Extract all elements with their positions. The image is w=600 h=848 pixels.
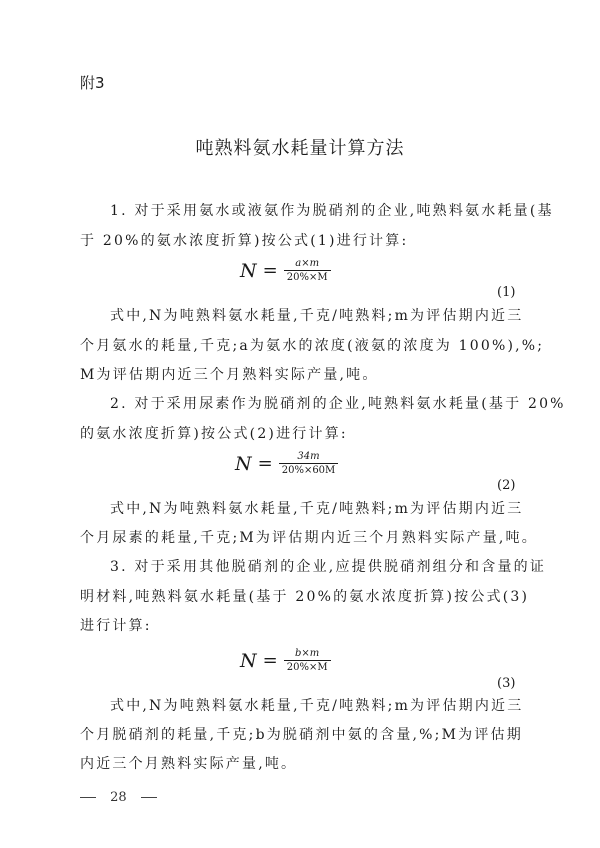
formula-lhs: N	[240, 260, 257, 282]
formula-2: N = 34m 20%×60M	[235, 451, 338, 476]
section3-where2: 个月脱硝剂的耗量,千克;b为脱硝剂中氨的含量,%;M为评估期	[80, 724, 523, 744]
section2-line2: 的氨水浓度折算)按公式(2)进行计算:	[80, 423, 348, 443]
section1-where2: 个月氨水的耗量,千克;a为氨水的浓度(液氨的浓度为 100%),%;	[80, 335, 544, 355]
annex-label: 附3	[80, 72, 105, 93]
section1-line2: 于 20%的氨水浓度折算)按公式(1)进行计算:	[80, 230, 408, 250]
equation-number-2: (2)	[497, 478, 515, 493]
document-page: 附3 吨熟料氨水耗量计算方法 1. 对于采用氨水或液氨作为脱硝剂的企业,吨熟料氨…	[0, 0, 600, 848]
page-number: 28	[110, 790, 127, 805]
formula-denominator: 20%×M	[284, 660, 331, 673]
section2-where1: 式中,N为吨熟料氨水耗量,千克/吨熟料;m为评估期内近三	[110, 498, 523, 518]
formula-numerator: a×m	[292, 258, 322, 270]
formula-denominator: 20%×60M	[279, 463, 339, 476]
page-title: 吨熟料氨水耗量计算方法	[0, 134, 600, 160]
section1-where3: M为评估期内近三个月熟料实际产量,吨。	[80, 364, 379, 384]
section3-line2: 明材料,吨熟料氨水耗量(基于 20%的氨水浓度折算)按公式(3)	[80, 586, 529, 606]
formula-equals: =	[263, 260, 278, 281]
footer-dash-left	[80, 797, 96, 798]
formula-lhs: N	[240, 650, 257, 672]
formula-fraction: 34m 20%×60M	[279, 451, 339, 476]
section3-where3: 内近三个月熟料实际产量,吨。	[80, 753, 297, 773]
formula-fraction: b×m 20%×M	[284, 648, 331, 673]
section1-where1: 式中,N为吨熟料氨水耗量,千克/吨熟料;m为评估期内近三	[110, 305, 523, 325]
formula-numerator: b×m	[292, 648, 322, 660]
section3-where1: 式中,N为吨熟料氨水耗量,千克/吨熟料;m为评估期内近三	[110, 695, 523, 715]
section1-line1: 1. 对于采用氨水或液氨作为脱硝剂的企业,吨熟料氨水耗量(基	[110, 200, 554, 220]
formula-numerator: 34m	[294, 451, 322, 463]
formula-lhs: N	[235, 453, 252, 475]
formula-equals: =	[263, 650, 278, 671]
equation-number-1: (1)	[497, 285, 515, 300]
section2-line1: 2. 对于采用尿素作为脱硝剂的企业,吨熟料氨水耗量(基于 20%	[110, 393, 566, 413]
section3-line3: 进行计算:	[80, 615, 152, 635]
formula-1: N = a×m 20%×M	[240, 258, 331, 283]
formula-denominator: 20%×M	[284, 270, 331, 283]
section3-line1: 3. 对于采用其他脱硝剂的企业,应提供脱硝剂组分和含量的证	[110, 556, 546, 576]
formula-equals: =	[258, 453, 273, 474]
section2-where2: 个月尿素的耗量,千克;M为评估期内近三个月熟料实际产量,吨。	[80, 527, 538, 547]
footer-dash-right	[141, 797, 157, 798]
page-footer: 28	[80, 790, 157, 805]
formula-fraction: a×m 20%×M	[284, 258, 331, 283]
equation-number-3: (3)	[497, 676, 515, 691]
formula-3: N = b×m 20%×M	[240, 648, 331, 673]
